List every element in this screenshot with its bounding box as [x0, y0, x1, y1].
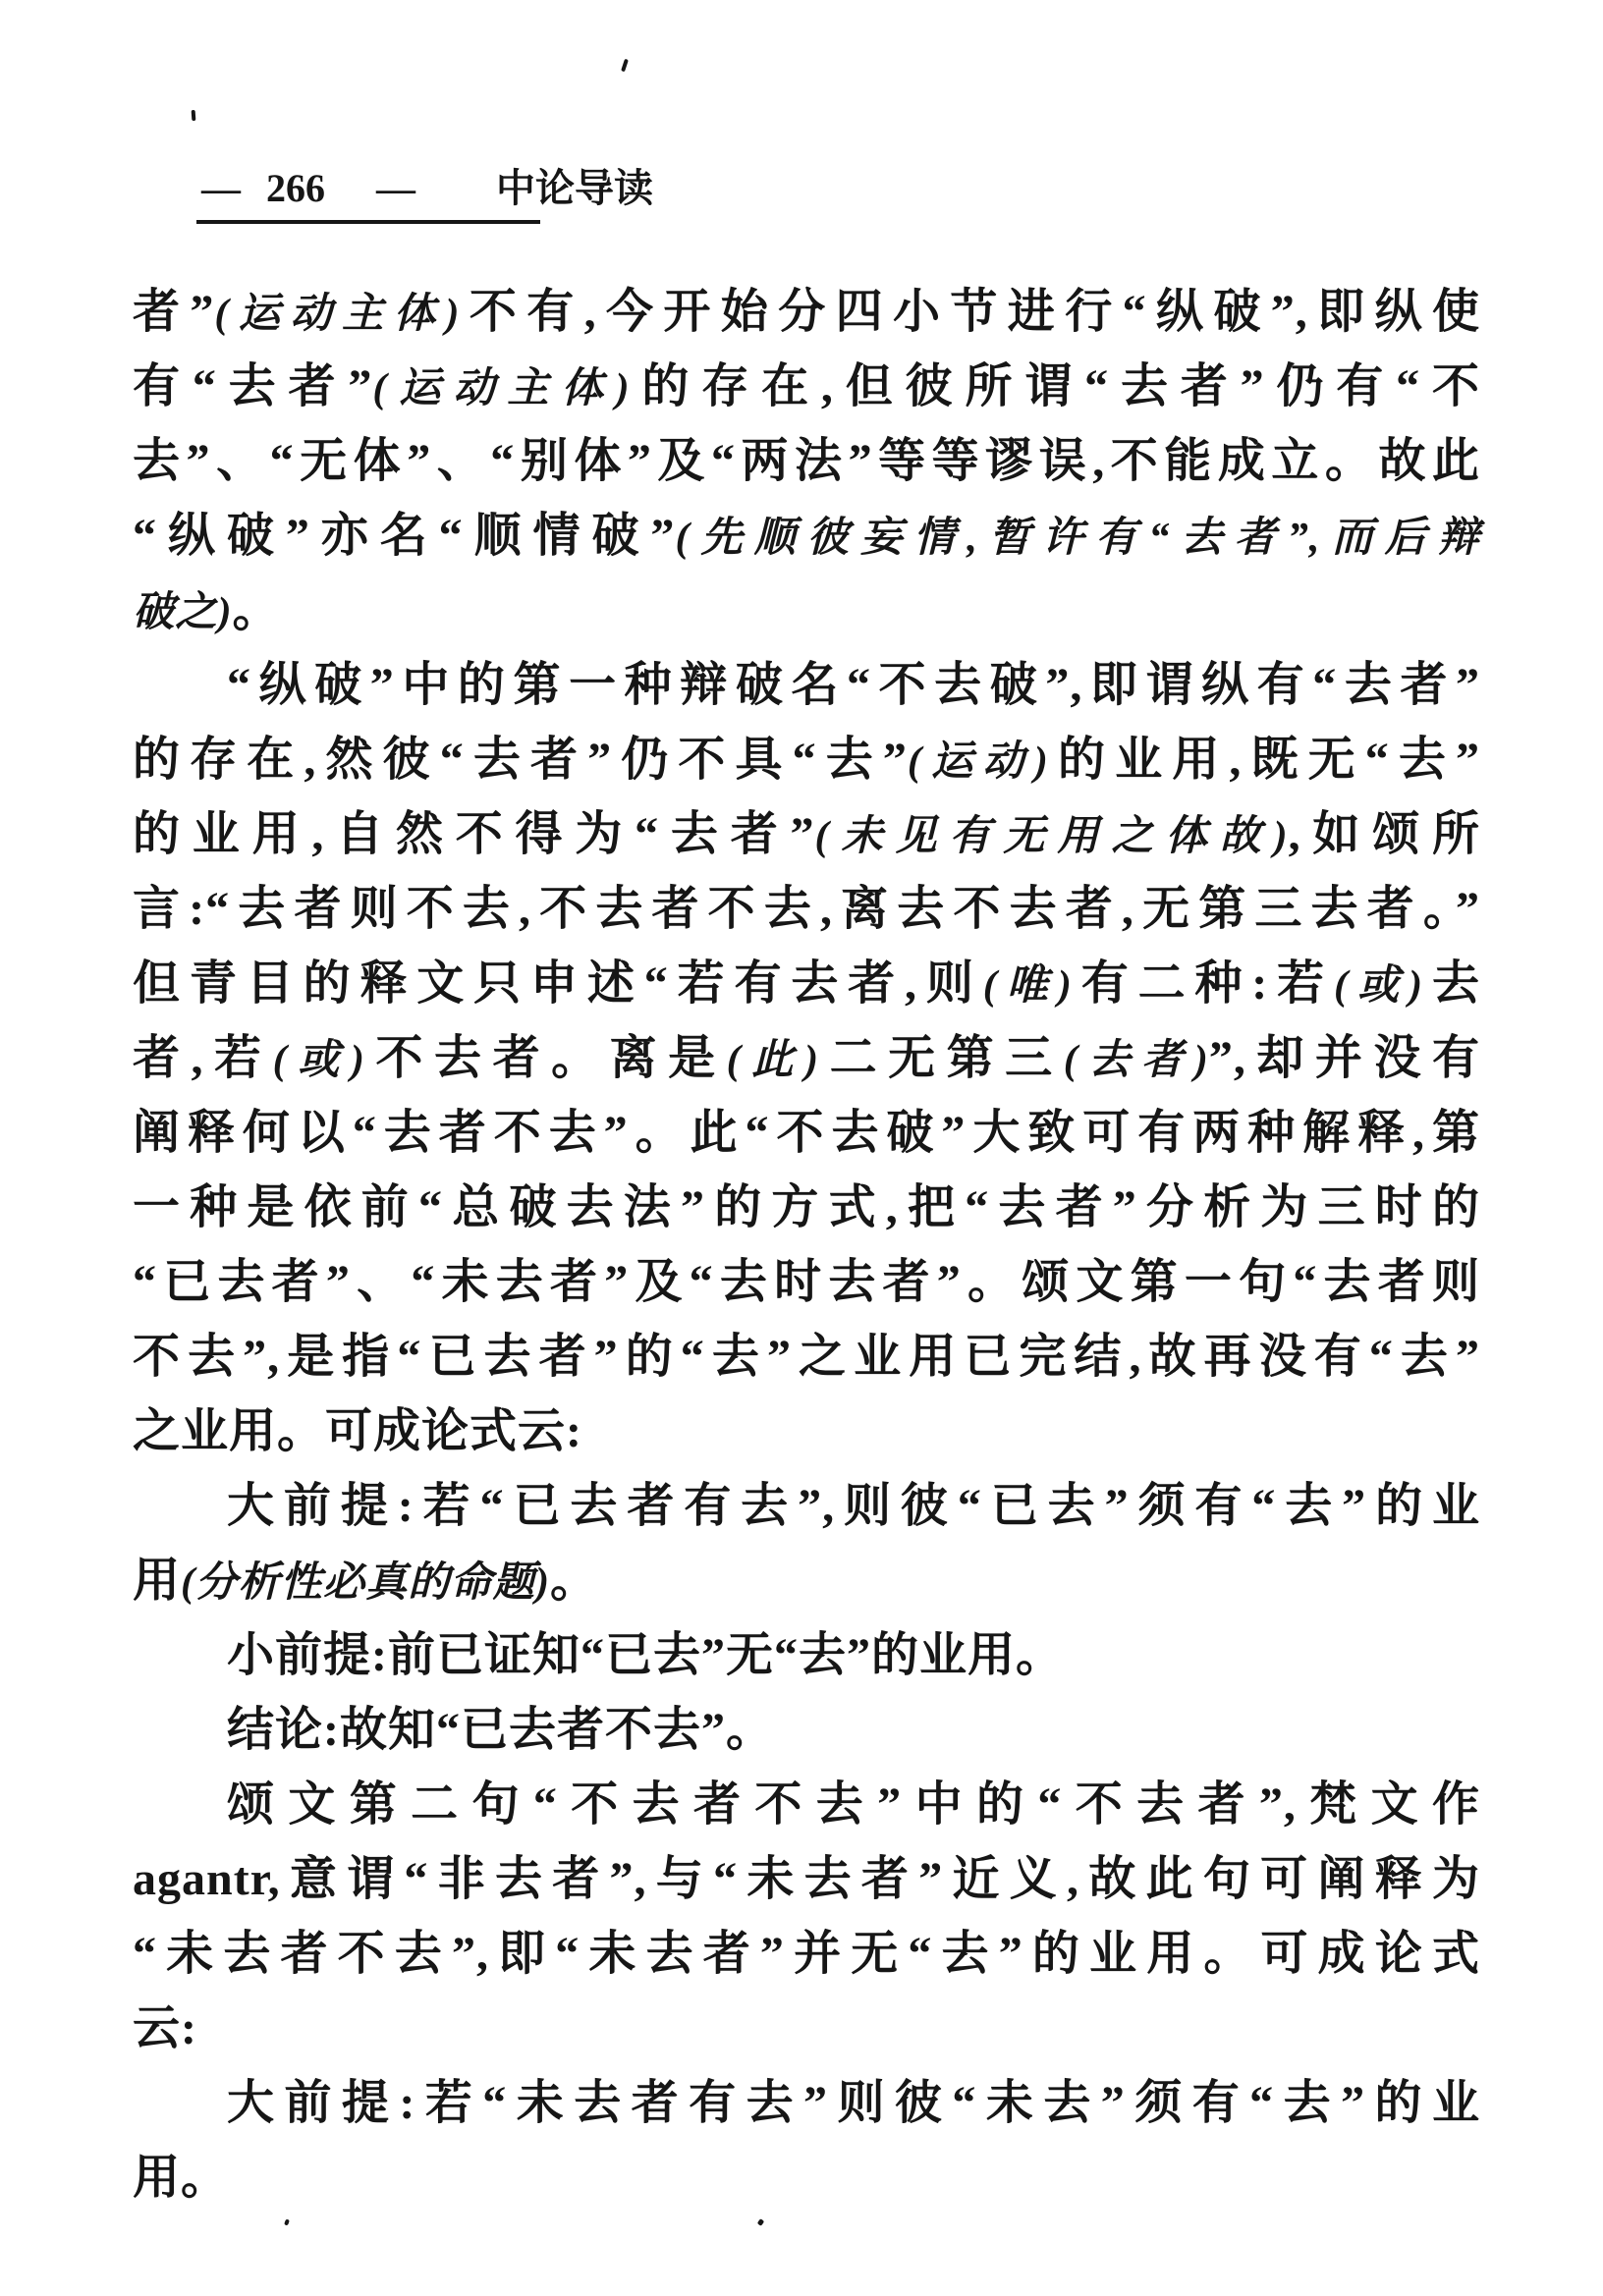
text-segment: 者” — [133, 286, 214, 338]
text-line: 一种是依前“总破去法”的方式,把“去者”分析为三时的 — [133, 1171, 1480, 1245]
text-block: 者”(运动主体)不有,今开始分四小节进行“纵破”,即纵使有“去者”(运动主体)的… — [133, 275, 1480, 2215]
text-segment: 的存在,但彼所谓“去者”仍有“不 — [631, 360, 1480, 412]
text-segment: 二无第三 — [819, 1032, 1064, 1084]
text-segment: 。 — [550, 1555, 598, 1607]
text-line: 者,若(或)不去者。离是(此)二无第三(去者)”,却并没有 — [133, 1021, 1480, 1096]
text-segment: 有“去者” — [133, 360, 372, 412]
text-segment: 之业用。可成论式云: — [133, 1405, 582, 1457]
text-segment: “未去者不去”,即“未去者”并无“去”的业用。可成论式 — [133, 1928, 1480, 1980]
text-segment: 言:“去者则不去,不去者不去,离去不去者,无第三去者。” — [133, 883, 1480, 935]
text-line: 用(分析性必真的命题)。 — [133, 1544, 1480, 1618]
annotation-segment: (分析性必真的命题) — [181, 1559, 550, 1606]
text-line: 云: — [133, 1992, 1480, 2066]
text-line: 但青目的释文只申述“若有去者,则(唯)有二种:若(或)去 — [133, 947, 1480, 1021]
text-segment: 颂文第二句“不去者不去”中的“不去者”,梵文作 — [227, 1778, 1480, 1831]
header-dash-right: — — [376, 165, 415, 212]
text-line: 言:“去者则不去,不去者不去,离去不去者,无第三去者。” — [133, 872, 1480, 947]
annotation-segment: (去者) — [1064, 1037, 1209, 1083]
text-line: “已去者”、“未去者”及“去时去者”。颂文第一句“去者则 — [133, 1245, 1480, 1320]
text-segment: 的业用,自然不得为“去者” — [133, 808, 814, 860]
text-line: 不去”,是指“已去者”的“去”之业用已完结,故再没有“去” — [133, 1320, 1480, 1394]
scan-speck — [621, 59, 629, 73]
text-segment: “纵破”中的第一种辩破名“不去破”,即谓纵有“去者” — [227, 659, 1480, 711]
text-segment: 阐释何以“去者不去”。此“不去破”大致可有两种解释,第 — [133, 1107, 1480, 1159]
text-line: 破之)。 — [133, 574, 1480, 648]
text-line: 大前提:若“未去者有去”则彼“未去”须有“去”的业 — [133, 2066, 1480, 2141]
annotation-segment: (唯) — [983, 962, 1073, 1009]
text-line: 的业用,自然不得为“去者”(未见有无用之体故),如颂所 — [133, 797, 1480, 872]
annotation-segment: (此) — [727, 1037, 819, 1083]
book-title: 中论导读 — [496, 165, 653, 212]
text-line: 阐释何以“去者不去”。此“不去破”大致可有两种解释,第 — [133, 1096, 1480, 1171]
annotation-segment: (或) — [273, 1037, 365, 1083]
text-segment: 大前提:若“未去者有去”则彼“未去”须有“去”的业 — [227, 2077, 1480, 2129]
text-segment: 者,若 — [133, 1032, 273, 1084]
text-line: “未去者不去”,即“未去者”并无“去”的业用。可成论式 — [133, 1917, 1480, 1992]
text-segment: 但青目的释文只申述“若有去者,则 — [133, 957, 983, 1010]
text-segment: 云: — [133, 2002, 197, 2054]
text-line: 颂文第二句“不去者不去”中的“不去者”,梵文作 — [133, 1768, 1480, 1842]
text-segment: 的业用,既无“去” — [1049, 734, 1480, 786]
text-line: 大前提:若“已去者有去”,则彼“已去”须有“去”的业 — [133, 1469, 1480, 1544]
annotation-segment: (或) — [1334, 962, 1423, 1009]
text-line: “纵破”中的第一种辩破名“不去破”,即谓纵有“去者” — [133, 648, 1480, 723]
text-segment: 有二种:若 — [1073, 957, 1334, 1010]
page-header: — 266 — 中论导读 — [201, 165, 653, 212]
text-line: 的存在,然彼“去者”仍不具“去”(运动)的业用,既无“去” — [133, 723, 1480, 797]
text-segment: 不去者。离是 — [365, 1032, 727, 1084]
header-underline — [196, 220, 540, 224]
header-dash-left: — — [201, 165, 241, 212]
text-segment: agantr,意谓“非去者”,与“未去者”近义,故此句可阐释为 — [133, 1853, 1480, 1905]
annotation-segment: (未见有无用之体故) — [814, 813, 1288, 859]
text-line: 有“去者”(运动主体)的存在,但彼所谓“去者”仍有“不 — [133, 350, 1480, 424]
text-segment: 不有,今开始分四小节进行“纵破”,即纵使 — [460, 286, 1480, 338]
text-segment: 用 — [133, 1555, 181, 1607]
text-segment: 一种是依前“总破去法”的方式,把“去者”分析为三时的 — [133, 1181, 1480, 1233]
text-segment: 。 — [233, 584, 281, 636]
text-segment: 小前提:前已证知“已去”无“去”的业用。 — [227, 1629, 1064, 1681]
annotation-segment: (先顺彼妄情,暂许有“去者”,而后辩 — [675, 515, 1480, 561]
text-segment: 去 — [1423, 957, 1480, 1010]
annotation-segment: (运动主体) — [214, 291, 460, 337]
scan-speck — [192, 110, 196, 121]
scan-speck — [284, 2218, 290, 2225]
text-segment: “纵破”亦名“顺情破” — [133, 510, 675, 562]
scan-speck — [757, 2218, 765, 2226]
annotation-segment: (运动) — [908, 738, 1049, 785]
text-segment: ,如颂所 — [1289, 808, 1480, 860]
text-line: agantr,意谓“非去者”,与“未去者”近义,故此句可阐释为 — [133, 1842, 1480, 1917]
text-line: “纵破”亦名“顺情破”(先顺彼妄情,暂许有“去者”,而后辩 — [133, 499, 1480, 574]
text-line: 者”(运动主体)不有,今开始分四小节进行“纵破”,即纵使 — [133, 275, 1480, 350]
text-segment: 用。 — [133, 2152, 229, 2204]
annotation-segment: (运动主体) — [372, 365, 630, 411]
text-line: 之业用。可成论式云: — [133, 1394, 1480, 1469]
text-line: 结论:故知“已去者不去”。 — [133, 1693, 1480, 1768]
text-segment: “已去者”、“未去者”及“去时去者”。颂文第一句“去者则 — [133, 1256, 1480, 1308]
annotation-segment: 破之) — [133, 589, 233, 635]
text-segment: 大前提:若“已去者有去”,则彼“已去”须有“去”的业 — [227, 1480, 1480, 1532]
text-line: 用。 — [133, 2141, 1480, 2215]
page-number: 266 — [266, 165, 325, 212]
text-segment: ”,却并没有 — [1209, 1032, 1480, 1084]
text-segment: 去”、“无体”、“别体”及“两法”等等谬误,不能成立。故此 — [133, 435, 1480, 487]
text-segment: 不去”,是指“已去者”的“去”之业用已完结,故再没有“去” — [133, 1331, 1480, 1383]
text-line: 去”、“无体”、“别体”及“两法”等等谬误,不能成立。故此 — [133, 424, 1480, 499]
text-segment: 的存在,然彼“去者”仍不具“去” — [133, 734, 908, 786]
text-segment: 结论:故知“已去者不去”。 — [227, 1704, 774, 1756]
text-line: 小前提:前已证知“已去”无“去”的业用。 — [133, 1618, 1480, 1693]
